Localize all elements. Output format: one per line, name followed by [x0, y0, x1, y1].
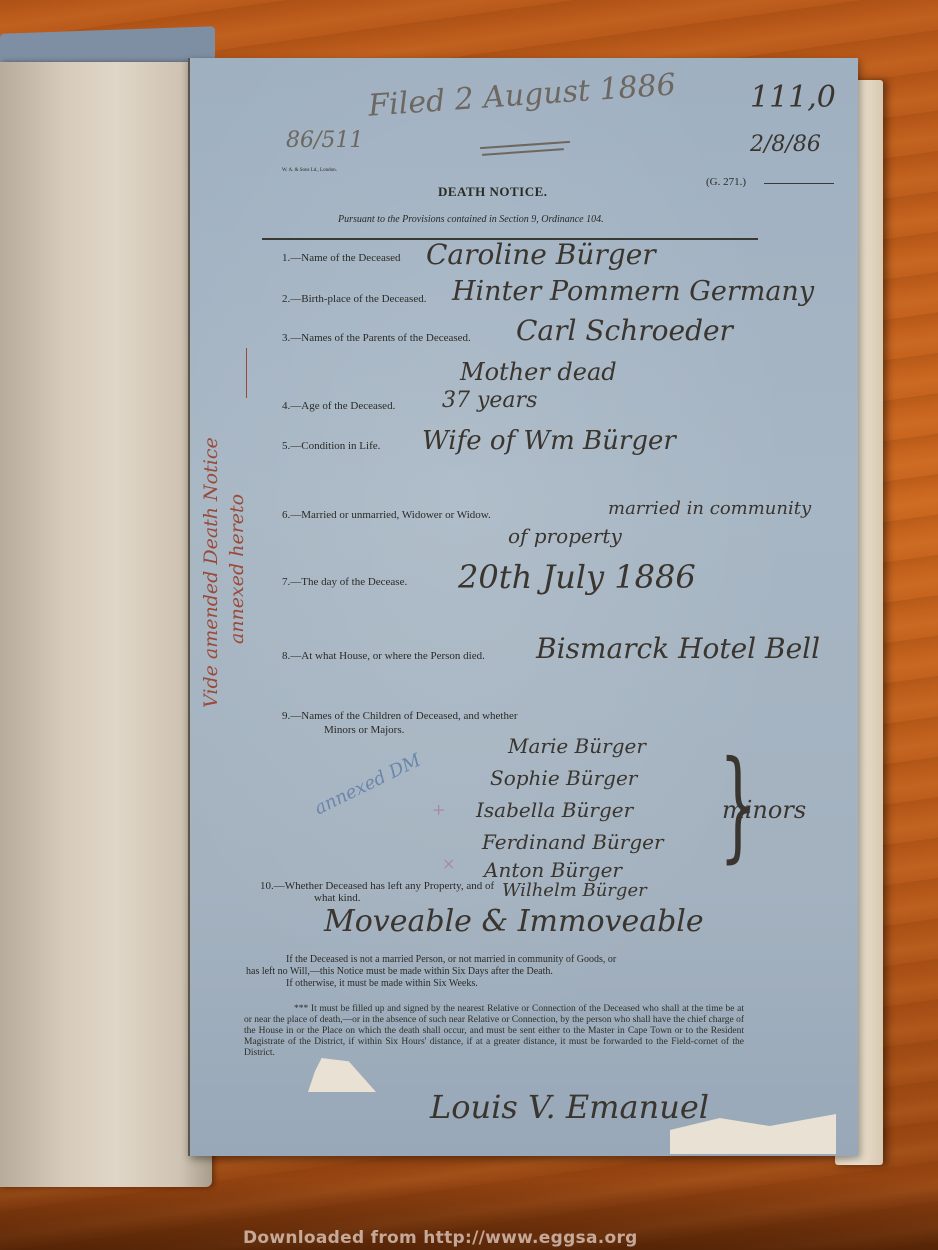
field-9-label: 9.—Names of the Children of Deceased, an…: [282, 710, 518, 722]
field-3-value-2: Mother dead: [460, 358, 617, 386]
field-1-label: 1.—Name of the Deceased: [282, 252, 401, 264]
field-3-value: Carl Schroeder: [516, 314, 733, 347]
notice-line-1: If the Deceased is not a married Person,…: [286, 954, 616, 965]
margin-note-line-1: Vide amended Death Notice: [200, 437, 222, 708]
field-1-value: Caroline Bürger: [426, 238, 656, 271]
field-7-label: 7.—The day of the Decease.: [282, 576, 407, 588]
children-status: minors: [722, 796, 806, 824]
code-rule: [764, 183, 834, 184]
field-9-label-2: Minors or Majors.: [324, 724, 404, 736]
child-name: Marie Bürger: [508, 734, 646, 758]
field-6-label: 6.—Married or unmarried, Widower or Wido…: [282, 509, 491, 521]
child-name: Isabella Bürger: [476, 798, 633, 822]
printer-imprint: W. A. & Sons Ld., London.: [282, 168, 337, 173]
filed-underline-2: [482, 148, 564, 156]
ref-left-annotation: 86/511: [286, 128, 363, 153]
field-2-label: 2.—Birth-place of the Deceased.: [282, 293, 426, 305]
child-name: Wilhelm Bürger: [502, 880, 647, 901]
watermark: Downloaded from http://www.eggsa.org: [243, 1228, 638, 1248]
form-subtitle: Pursuant to the Provisions contained in …: [338, 214, 604, 225]
field-10-label: 10.—Whether Deceased has left any Proper…: [260, 880, 494, 892]
number-right-annotation: 2/8/86: [750, 132, 821, 157]
field-8-label: 8.—At what House, or where the Person di…: [282, 650, 485, 662]
margin-note-stroke: [246, 348, 247, 398]
child-name: Ferdinand Bürger: [482, 830, 664, 854]
form-code: (G. 271.): [706, 176, 746, 188]
field-7-value: 20th July 1886: [458, 558, 696, 596]
cross-mark: +: [432, 800, 445, 819]
child-name: Sophie Bürger: [490, 766, 637, 790]
cross-mark: ×: [442, 854, 455, 873]
field-6-value-2: of property: [508, 524, 622, 548]
child-name: Anton Bürger: [484, 858, 622, 882]
torn-patch: [308, 1058, 376, 1092]
field-4-label: 4.—Age of the Deceased.: [282, 400, 395, 412]
notice-line-2: has left no Will,—this Notice must be ma…: [246, 966, 553, 977]
field-10-label-2: what kind.: [314, 892, 360, 904]
field-3-label: 3.—Names of the Parents of the Deceased.: [282, 332, 471, 344]
death-notice-sheet: Filed 2 August 1886 111,0 2/8/86 86/511 …: [188, 58, 858, 1156]
field-10-value: Moveable & Immoveable: [324, 904, 704, 939]
field-5-label: 5.—Condition in Life.: [282, 440, 380, 452]
filing-instructions: *** It must be filled up and signed by t…: [244, 1004, 744, 1059]
margin-note-line-2: annexed hereto: [226, 494, 248, 644]
field-2-value: Hinter Pommern Germany: [452, 276, 814, 307]
form-title: DEATH NOTICE.: [438, 184, 548, 200]
field-4-value: 37 years: [442, 388, 537, 413]
notice-line-3: If otherwise, it must be made within Six…: [286, 978, 478, 989]
field-8-value: Bismarck Hotel Bell: [536, 632, 820, 665]
field-6-value: married in community: [608, 498, 811, 519]
filed-annotation: Filed 2 August 1886: [367, 67, 677, 123]
signature: Louis V. Emanuel: [430, 1088, 709, 1126]
number-top-annotation: 111,0: [750, 80, 836, 115]
blue-pencil-annotation: annexed DM: [311, 750, 424, 819]
left-page-curled: [0, 62, 212, 1187]
field-5-value: Wife of Wm Bürger: [422, 426, 676, 456]
